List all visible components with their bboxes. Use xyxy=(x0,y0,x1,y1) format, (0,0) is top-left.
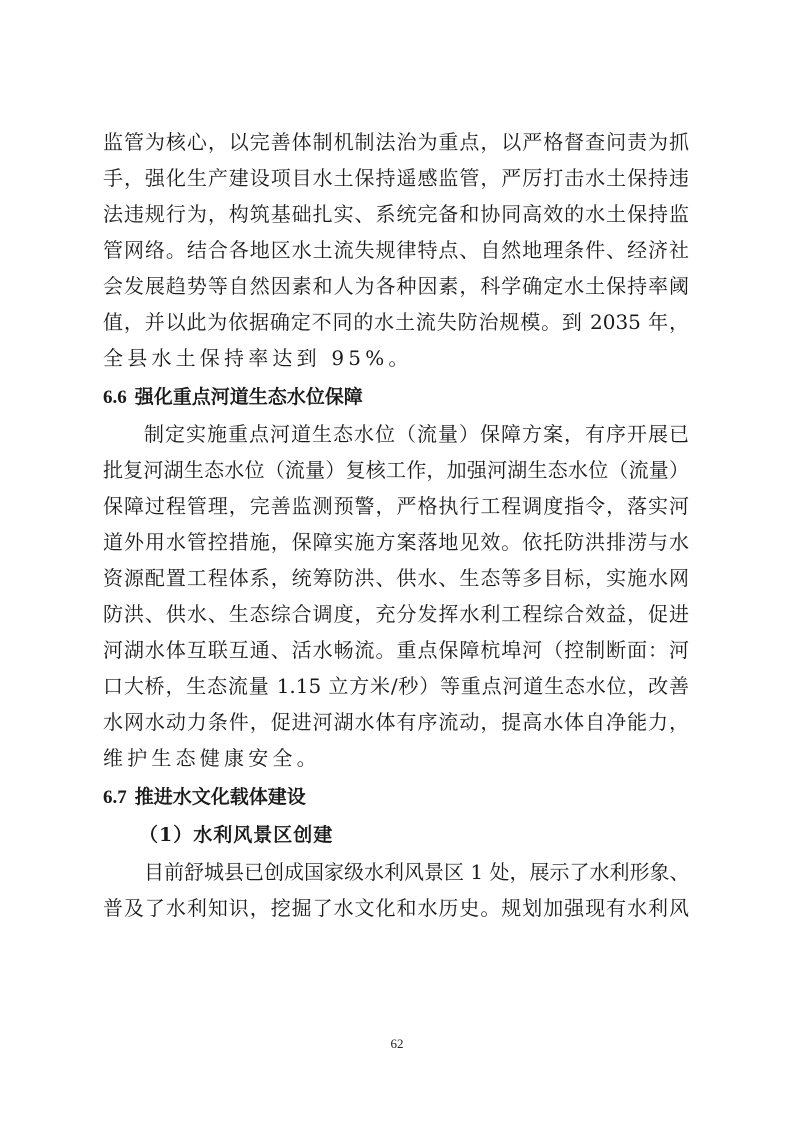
document-page: 监管为核心，以完善体制机制法治为重点，以严格督查问责为抓 手，强化生产建设项目水… xyxy=(0,0,794,1122)
text-line: 维护生态健康安全。 xyxy=(103,740,689,776)
page-number: 62 xyxy=(0,1036,794,1052)
section-heading-6-7: 6.7推进水文化载体建设 xyxy=(103,778,689,816)
paragraph-ecological-water-level: 制定实施重点河道生态水位（流量）保障方案，有序开展已 批复河湖生态水位（流量）复… xyxy=(103,416,689,776)
text-line: 保障过程管理，完善监测预警，严格执行工程调度指令，落实河 xyxy=(103,488,689,524)
section-number: 6.7 xyxy=(103,787,127,808)
section-heading-6-6: 6.6强化重点河道生态水位保障 xyxy=(103,378,689,416)
text-line: 监管为核心，以完善体制机制法治为重点，以严格督查问责为抓 xyxy=(103,124,689,160)
section-title: 强化重点河道生态水位保障 xyxy=(135,386,363,408)
text-line: 管网络。结合各地区水土流失规律特点、自然地理条件、经济社 xyxy=(103,232,689,268)
text-line: 制定实施重点河道生态水位（流量）保障方案，有序开展已 xyxy=(103,416,689,452)
text-line: 口大桥，生态流量 1.15 立方米/秒）等重点河道生态水位，改善 xyxy=(103,668,689,704)
text-line: 防洪、供水、生态综合调度，充分发挥水利工程综合效益，促进 xyxy=(103,596,689,632)
text-line: 道外用水管控措施，保障实施方案落地见效。依托防洪排涝与水 xyxy=(103,524,689,560)
text-line: 值，并以此为依据确定不同的水土流失防治规模。到 2035 年， xyxy=(103,304,689,340)
text-line: 目前舒城县已创成国家级水利风景区 1 处，展示了水利形象、 xyxy=(103,854,689,890)
text-line: 全县水土保持率达到 95%。 xyxy=(103,340,689,376)
text-line: 会发展趋势等自然因素和人为各种因素，科学确定水土保持率阈 xyxy=(103,268,689,304)
section-number: 6.6 xyxy=(103,387,127,408)
section-title: 推进水文化载体建设 xyxy=(135,786,306,808)
text-line: 河湖水体互联互通、活水畅流。重点保障杭埠河（控制断面：河 xyxy=(103,632,689,668)
paragraph-water-conservation: 监管为核心，以完善体制机制法治为重点，以严格督查问责为抓 手，强化生产建设项目水… xyxy=(103,124,689,376)
text-line: 水网水动力条件，促进河湖水体有序流动，提高水体自净能力， xyxy=(103,704,689,740)
text-line: 批复河湖生态水位（流量）复核工作，加强河湖生态水位（流量） xyxy=(103,452,689,488)
text-line: 普及了水利知识，挖掘了水文化和水历史。规划加强现有水利风 xyxy=(103,890,689,926)
subsection-heading: （1）水利风景区创建 xyxy=(103,816,689,854)
page-content: 监管为核心，以完善体制机制法治为重点，以严格督查问责为抓 手，强化生产建设项目水… xyxy=(103,124,689,926)
text-line: 资源配置工程体系，统筹防洪、供水、生态等多目标，实施水网 xyxy=(103,560,689,596)
paragraph-scenic-area: 目前舒城县已创成国家级水利风景区 1 处，展示了水利形象、 普及了水利知识，挖掘… xyxy=(103,854,689,926)
text-line: 法违规行为，构筑基础扎实、系统完备和协同高效的水土保持监 xyxy=(103,196,689,232)
text-line: 手，强化生产建设项目水土保持遥感监管，严厉打击水土保持违 xyxy=(103,160,689,196)
